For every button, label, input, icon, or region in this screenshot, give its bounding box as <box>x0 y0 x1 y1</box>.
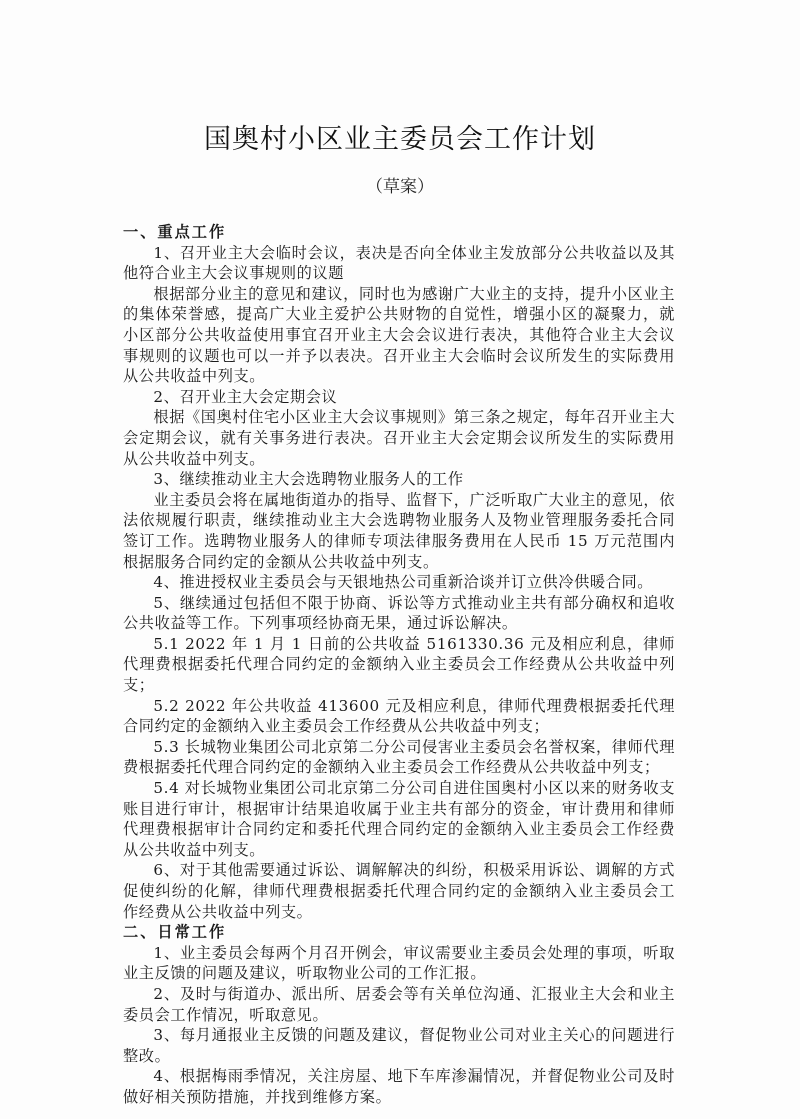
item-3-body: 业主委员会将在属地街道办的指导、监督下，广泛听取广大业主的意见，依法依规履行职责… <box>123 490 675 572</box>
document-body: 一、重点工作 1、召开业主大会临时会议，表决是否向全体业主发放部分公共收益以及其… <box>123 222 675 1108</box>
item-6: 6、对于其他需要通过诉讼、调解解决的纠纷，积极采用诉讼、调解的方式促使纠纷的化解… <box>123 860 675 922</box>
item-5-2: 5.2 2022 年公共收益 413600 元及相应利息，律师代理费根据委托代理… <box>123 696 675 737</box>
section-heading-key-work: 一、重点工作 <box>123 222 675 243</box>
daily-item-3: 3、每月通报业主反馈的问题及建议，督促物业公司对业主关心的问题进行整改。 <box>123 1025 675 1066</box>
item-1-title: 1、召开业主大会临时会议，表决是否向全体业主发放部分公共收益以及其他符合业主大会… <box>123 243 675 284</box>
item-1-body: 根据部分业主的意见和建议，同时也为感谢广大业主的支持，提升小区业主的集体荣誉感，… <box>123 284 675 387</box>
item-5-3: 5.3 长城物业集团公司北京第二分公司侵害业主委员会名誉权案，律师代理费根据委托… <box>123 737 675 778</box>
section-heading-daily-work: 二、日常工作 <box>123 922 675 943</box>
item-4: 4、推进授权业主委员会与天银地热公司重新洽谈并订立供冷供暖合同。 <box>123 572 675 593</box>
item-2-body: 根据《国奥村住宅小区业主大会议事规则》第三条之规定，每年召开业主大会定期会议，就… <box>123 407 675 469</box>
daily-item-4: 4、根据梅雨季情况，关注房屋、地下车库渗漏情况，并督促物业公司及时做好相关预防措… <box>123 1066 675 1107</box>
document-title: 国奥村小区业主委员会工作计划 <box>0 117 800 156</box>
document-subtitle: （草案） <box>0 172 800 197</box>
item-2-title: 2、召开业主大会定期会议 <box>123 387 675 408</box>
document-page: 国奥村小区业主委员会工作计划 （草案） 一、重点工作 1、召开业主大会临时会议，… <box>0 0 800 1119</box>
item-5-4: 5.4 对长城物业集团公司北京第二分公司自进住国奥村小区以来的财务收支账目进行审… <box>123 778 675 860</box>
item-5: 5、继续通过包括但不限于协商、诉讼等方式推动业主共有部分确权和追收公共收益等工作… <box>123 593 675 634</box>
item-3-title: 3、继续推动业主大会选聘物业服务人的工作 <box>123 469 675 490</box>
item-5-1: 5.1 2022 年 1 月 1 日前的公共收益 5161330.36 元及相应… <box>123 634 675 696</box>
daily-item-2: 2、及时与街道办、派出所、居委会等有关单位沟通、汇报业主大会和业主委员会工作情况… <box>123 984 675 1025</box>
daily-item-1: 1、业主委员会每两个月召开例会，审议需要业主委员会处理的事项，听取业主反馈的问题… <box>123 943 675 984</box>
